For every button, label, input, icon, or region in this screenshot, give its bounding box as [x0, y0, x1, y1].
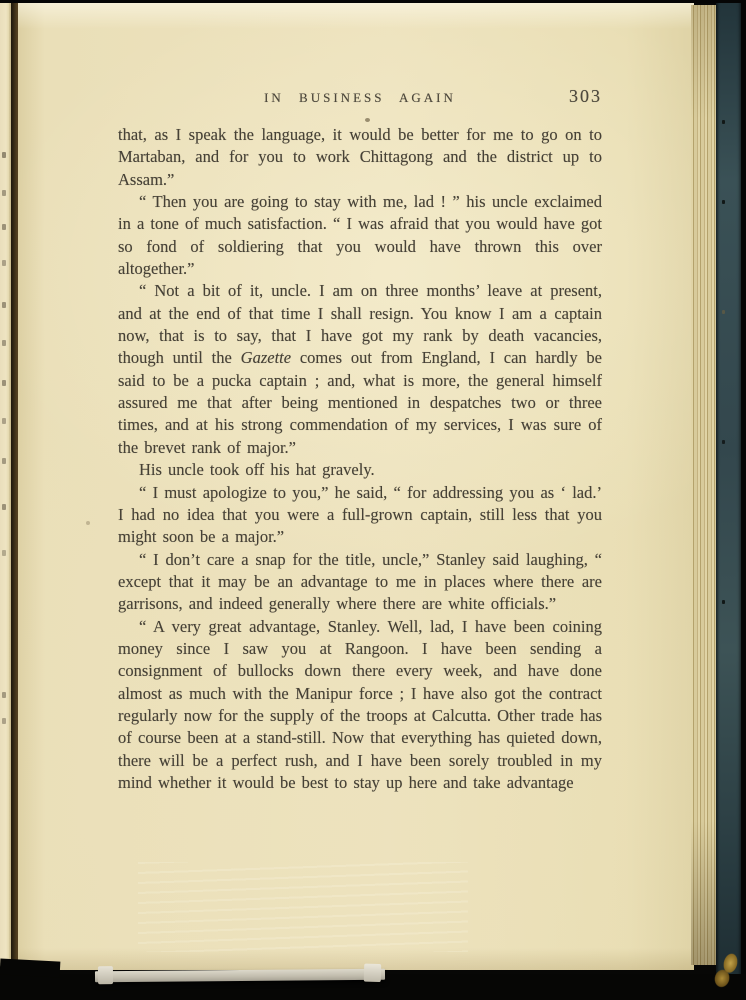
text-block: that, as I speak the language, it would … — [118, 124, 602, 794]
page-edge-stack — [691, 5, 718, 965]
running-head-title: IN BUSINESS AGAIN — [264, 90, 456, 105]
book-scan: IN BUSINESS AGAIN 303 that, as I speak t… — [0, 0, 746, 1000]
paragraph: “ Then you are going to stay with me, la… — [118, 191, 602, 280]
paragraph: “ Not a bit of it, uncle. I am on three … — [118, 280, 602, 459]
scanner-background-right — [741, 0, 746, 1000]
paragraph: “ I must apologize to you,” he said, “ f… — [118, 482, 602, 549]
paper-speck — [538, 607, 542, 610]
book-page: IN BUSINESS AGAIN 303 that, as I speak t… — [18, 3, 694, 970]
running-head: IN BUSINESS AGAIN 303 — [118, 89, 602, 111]
cover-wear-specks — [722, 120, 725, 124]
paragraph: “ A very great advantage, Stanley. Well,… — [118, 616, 602, 795]
scanner-background-top — [0, 0, 746, 3]
book-cover-edge — [716, 0, 742, 1000]
paper-speck — [86, 521, 90, 525]
page-number: 303 — [569, 86, 602, 107]
paragraph: “ I don’t care a snap for the title, unc… — [118, 549, 602, 616]
page-edge-streaks — [138, 862, 468, 952]
facing-page-text-fragments — [2, 152, 6, 158]
paragraph: that, as I speak the language, it would … — [118, 124, 602, 191]
paragraph: His uncle took off his hat gravely. — [118, 459, 602, 481]
paper-speck — [365, 118, 370, 122]
